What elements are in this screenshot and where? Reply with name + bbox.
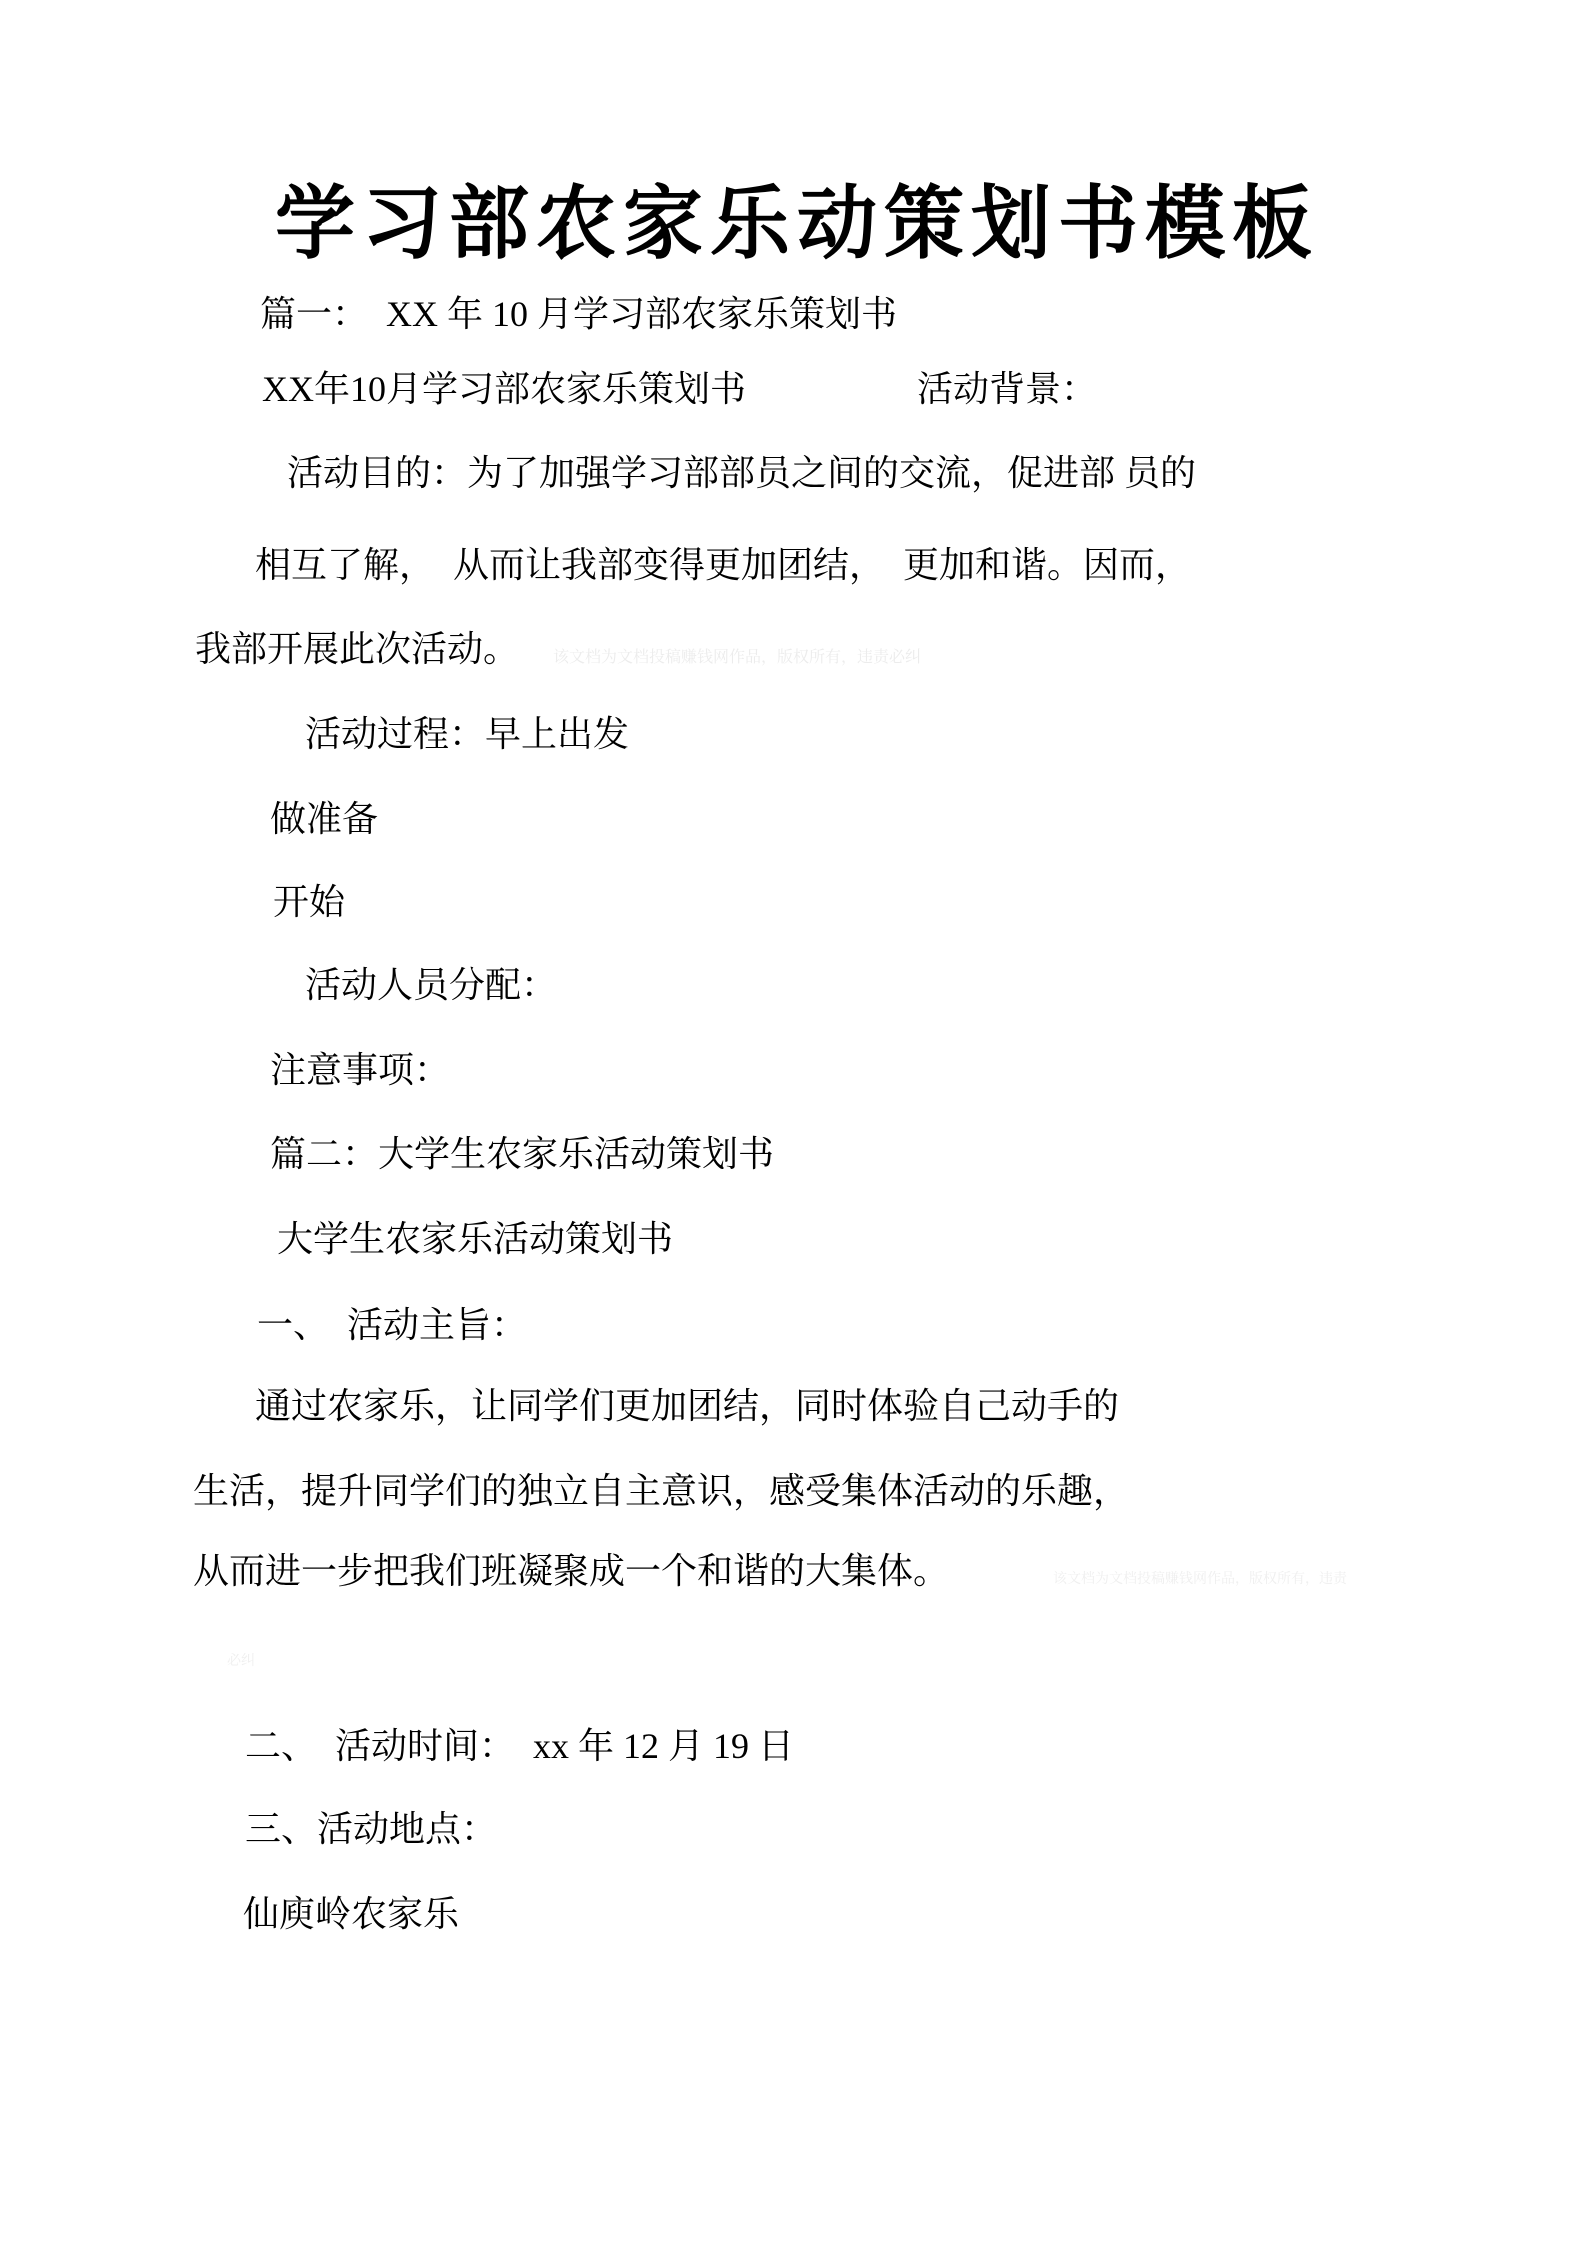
- watermark-text: 必纠: [227, 1650, 255, 1670]
- doc-line-section2-title: 大学生农家乐活动策划书: [277, 1218, 673, 1261]
- doc-line-process: 活动过程：早上出发: [305, 713, 629, 756]
- document-title: 学习部农家乐动策划书模板: [0, 178, 1594, 270]
- doc-line-notes: 注意事项：: [270, 1049, 450, 1092]
- doc-line-item1-theme: 一、 活动主旨：: [257, 1304, 527, 1347]
- doc-line-background-label: 活动背景：: [917, 368, 1097, 411]
- doc-line-purpose: 活动目的：为了加强学习部部员之间的交流，促进部 员的: [287, 452, 1196, 495]
- watermark-text: 该文档为文档投稿赚钱网作品，版权所有，违责: [1053, 1568, 1347, 1588]
- watermark-text: 该文档为文档投稿赚钱网作品，版权所有，违责必纠: [553, 644, 921, 667]
- doc-line-theme-body1: 通过农家乐，让同学们更加团结，同时体验自己动手的: [255, 1385, 1119, 1428]
- doc-line-section2-heading: 篇二：大学生农家乐活动策划书: [270, 1133, 774, 1176]
- doc-line-section1-heading: 篇一： XX 年 10 月学习部农家乐策划书: [260, 293, 897, 336]
- doc-line-purpose-end: 我部开展此次活动。: [195, 628, 519, 671]
- doc-line-location-value: 仙庾岭农家乐: [243, 1893, 459, 1936]
- doc-line-theme-body2: 生活，提升同学们的独立自主意识，感受集体活动的乐趣，: [193, 1470, 1129, 1513]
- doc-line-item2-time: 二、 活动时间： xx 年 12 月 19 日: [245, 1725, 794, 1768]
- doc-line-personnel: 活动人员分配：: [305, 964, 557, 1007]
- doc-line-prepare: 做准备: [270, 798, 378, 841]
- doc-line-subtitle: XX年10月学习部农家乐策划书: [262, 368, 746, 411]
- document-page: 学习部农家乐动策划书模板 篇一： XX 年 10 月学习部农家乐策划书 XX年1…: [0, 0, 1594, 2256]
- doc-line-item3-location: 三、活动地点：: [245, 1808, 497, 1851]
- doc-line-theme-body3: 从而进一步把我们班凝聚成一个和谐的大集体。: [193, 1550, 949, 1593]
- doc-line-start: 开始: [273, 881, 345, 924]
- doc-line-purpose-cont: 相互了解， 从而让我部变得更加团结， 更加和谐。因而，: [255, 544, 1191, 587]
